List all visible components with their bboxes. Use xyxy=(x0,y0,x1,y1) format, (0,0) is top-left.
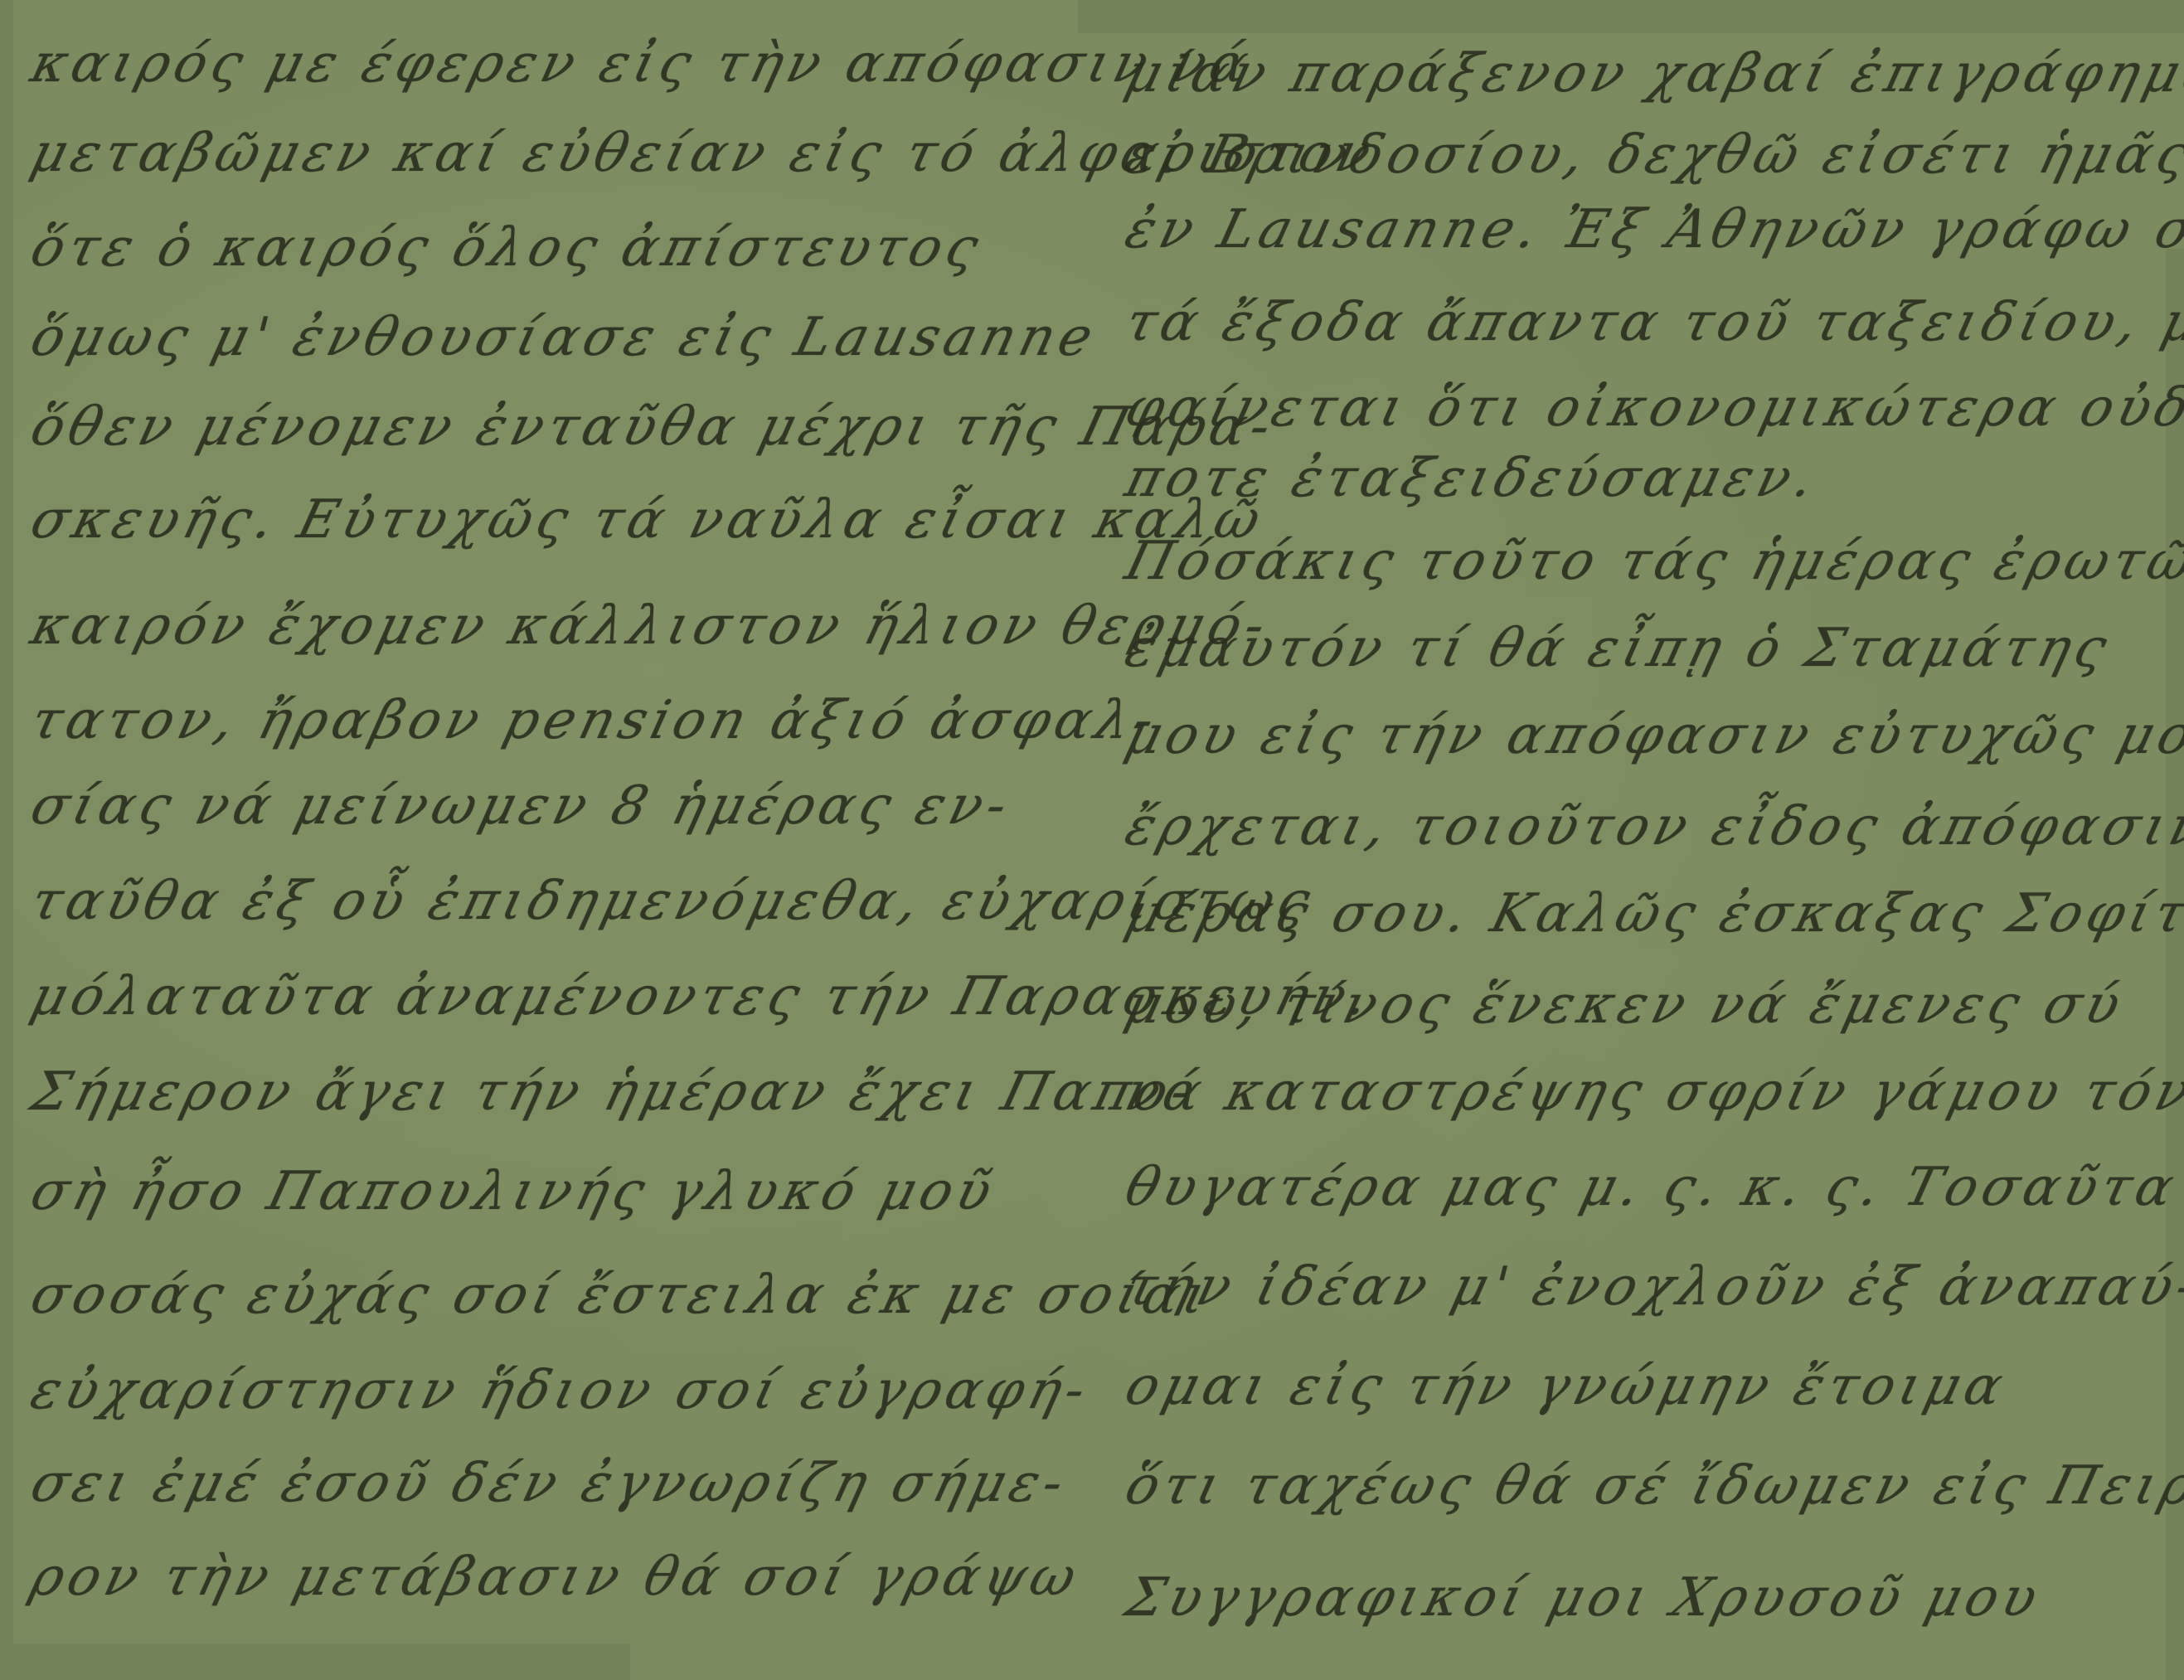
handwritten-line: ὅτι ταχέως θά σέ ἴδωμεν εἰς Πειραιᾶ xyxy=(1119,1455,2184,1517)
handwritten-line: μου, τίνος ἕνεκεν νά ἔμενες σύ xyxy=(1119,974,2131,1036)
letter-sheet: καιρός με έφερεν εἰς τὴν απόφασιν νά μετ… xyxy=(0,0,2184,1680)
handwritten-line: νά καταστρέψης σφρίν γάμου τόν xyxy=(1119,1061,2184,1123)
handwritten-line: ἐν Lausanne. Ἐξ Ἀθηνῶν γράφω σοι xyxy=(1119,199,2184,260)
handwritten-line: σκευῆς. Εὐτυχῶς τά ναῦλα εἶσαι καλῶ xyxy=(25,489,1271,551)
handwritten-line: Σήμερον ἄγει τήν ἡμέραν ἔχει Παπο- xyxy=(25,1061,1202,1123)
handwritten-line: Συγγραφικοί μοι Χρυσοῦ μου xyxy=(1119,1567,2048,1629)
scan-edge-bottom xyxy=(0,1644,630,1680)
handwritten-line: ἔρχεται, τοιοῦτον εἶδος ἀπόφασιν εἰς xyxy=(1119,796,2184,857)
handwritten-line: θυγατέρα μας μ. ς. κ. ς. Τοσαῦτα xyxy=(1119,1157,2184,1218)
handwritten-line: τά ἔξοδα ἄπαντα τοῦ ταξειδίου, μοί xyxy=(1119,292,2184,353)
handwritten-line: μίαν παράξενον χαβαί ἐπιγράφημα xyxy=(1119,43,2184,104)
handwritten-line: ποτε ἐταξειδεύσαμεν. xyxy=(1119,448,1825,509)
handwritten-line: Πόσάκις τοῦτο τάς ἡμέρας ἐρωτῶ xyxy=(1119,531,2184,592)
handwritten-line: σοσάς εὐχάς σοί ἔστειλα ἐκ με σοίαι xyxy=(25,1265,1217,1326)
handwritten-line: εὐχαρίστησιν ἥδιον σοί εὐγραφή- xyxy=(25,1360,1096,1421)
handwritten-line: εἰ Βρινδοσίου, δεχθῶ εἰσέτι ἡμᾶς xyxy=(1119,124,2184,186)
scan-edge-left xyxy=(0,0,13,1680)
scan-edge-top xyxy=(1078,0,2184,33)
handwritten-line: μου εἰς τήν απόφασιν εὐτυχῶς μοί xyxy=(1119,705,2184,766)
handwritten-line: σίας νά μείνωμεν 8 ἡμέρας εν- xyxy=(25,775,1018,837)
handwritten-line: καιρός με έφερεν εἰς τὴν απόφασιν νά xyxy=(25,33,1259,95)
handwritten-line: ὅτε ὁ καιρός ὅλος ἀπίστευτος xyxy=(25,217,989,279)
handwritten-line: ομαι εἰς τήν γνώμην ἔτοιμα xyxy=(1119,1356,2014,1417)
handwritten-line: μέρας σου. Καλῶς ἐσκαξας Σοφίτσα xyxy=(1119,883,2184,944)
handwritten-line: σὴ ἦσο Παπουλινής γλυκό μοῦ xyxy=(25,1161,1002,1222)
handwritten-line: καιρόν ἔχομεν κάλλιστον ἥλιον θερμό- xyxy=(25,595,1276,657)
handwritten-line: ρον τὴν μετάβασιν θά σοί γράψω xyxy=(25,1546,1087,1608)
handwritten-line: σει ἐμέ ἐσοῦ δέν ἐγνωρίζη σήμε- xyxy=(25,1453,1075,1514)
handwritten-line: τήν ἰδέαν μ' ἐνοχλοῦν ἐξ ἀναπαύ- xyxy=(1119,1256,2184,1318)
handwritten-line: ὅμως μ' ἐνθουσίασε εἰς Lausanne xyxy=(25,307,1104,368)
handwritten-line: ἐμαυτόν τί θά εἶπῃ ὁ Σταμάτης xyxy=(1119,618,2118,679)
handwritten-line: φαίνεται ὅτι οἰκονομικώτερα οὐδέ- xyxy=(1119,377,2184,439)
handwritten-line: τατον, ἤραβον pension ἀξιό ἀσφαλ- xyxy=(25,690,1166,751)
handwritten-line: ὅθεν μένομεν ἐνταῦθα μέχρι τῆς Παρα- xyxy=(25,396,1282,458)
